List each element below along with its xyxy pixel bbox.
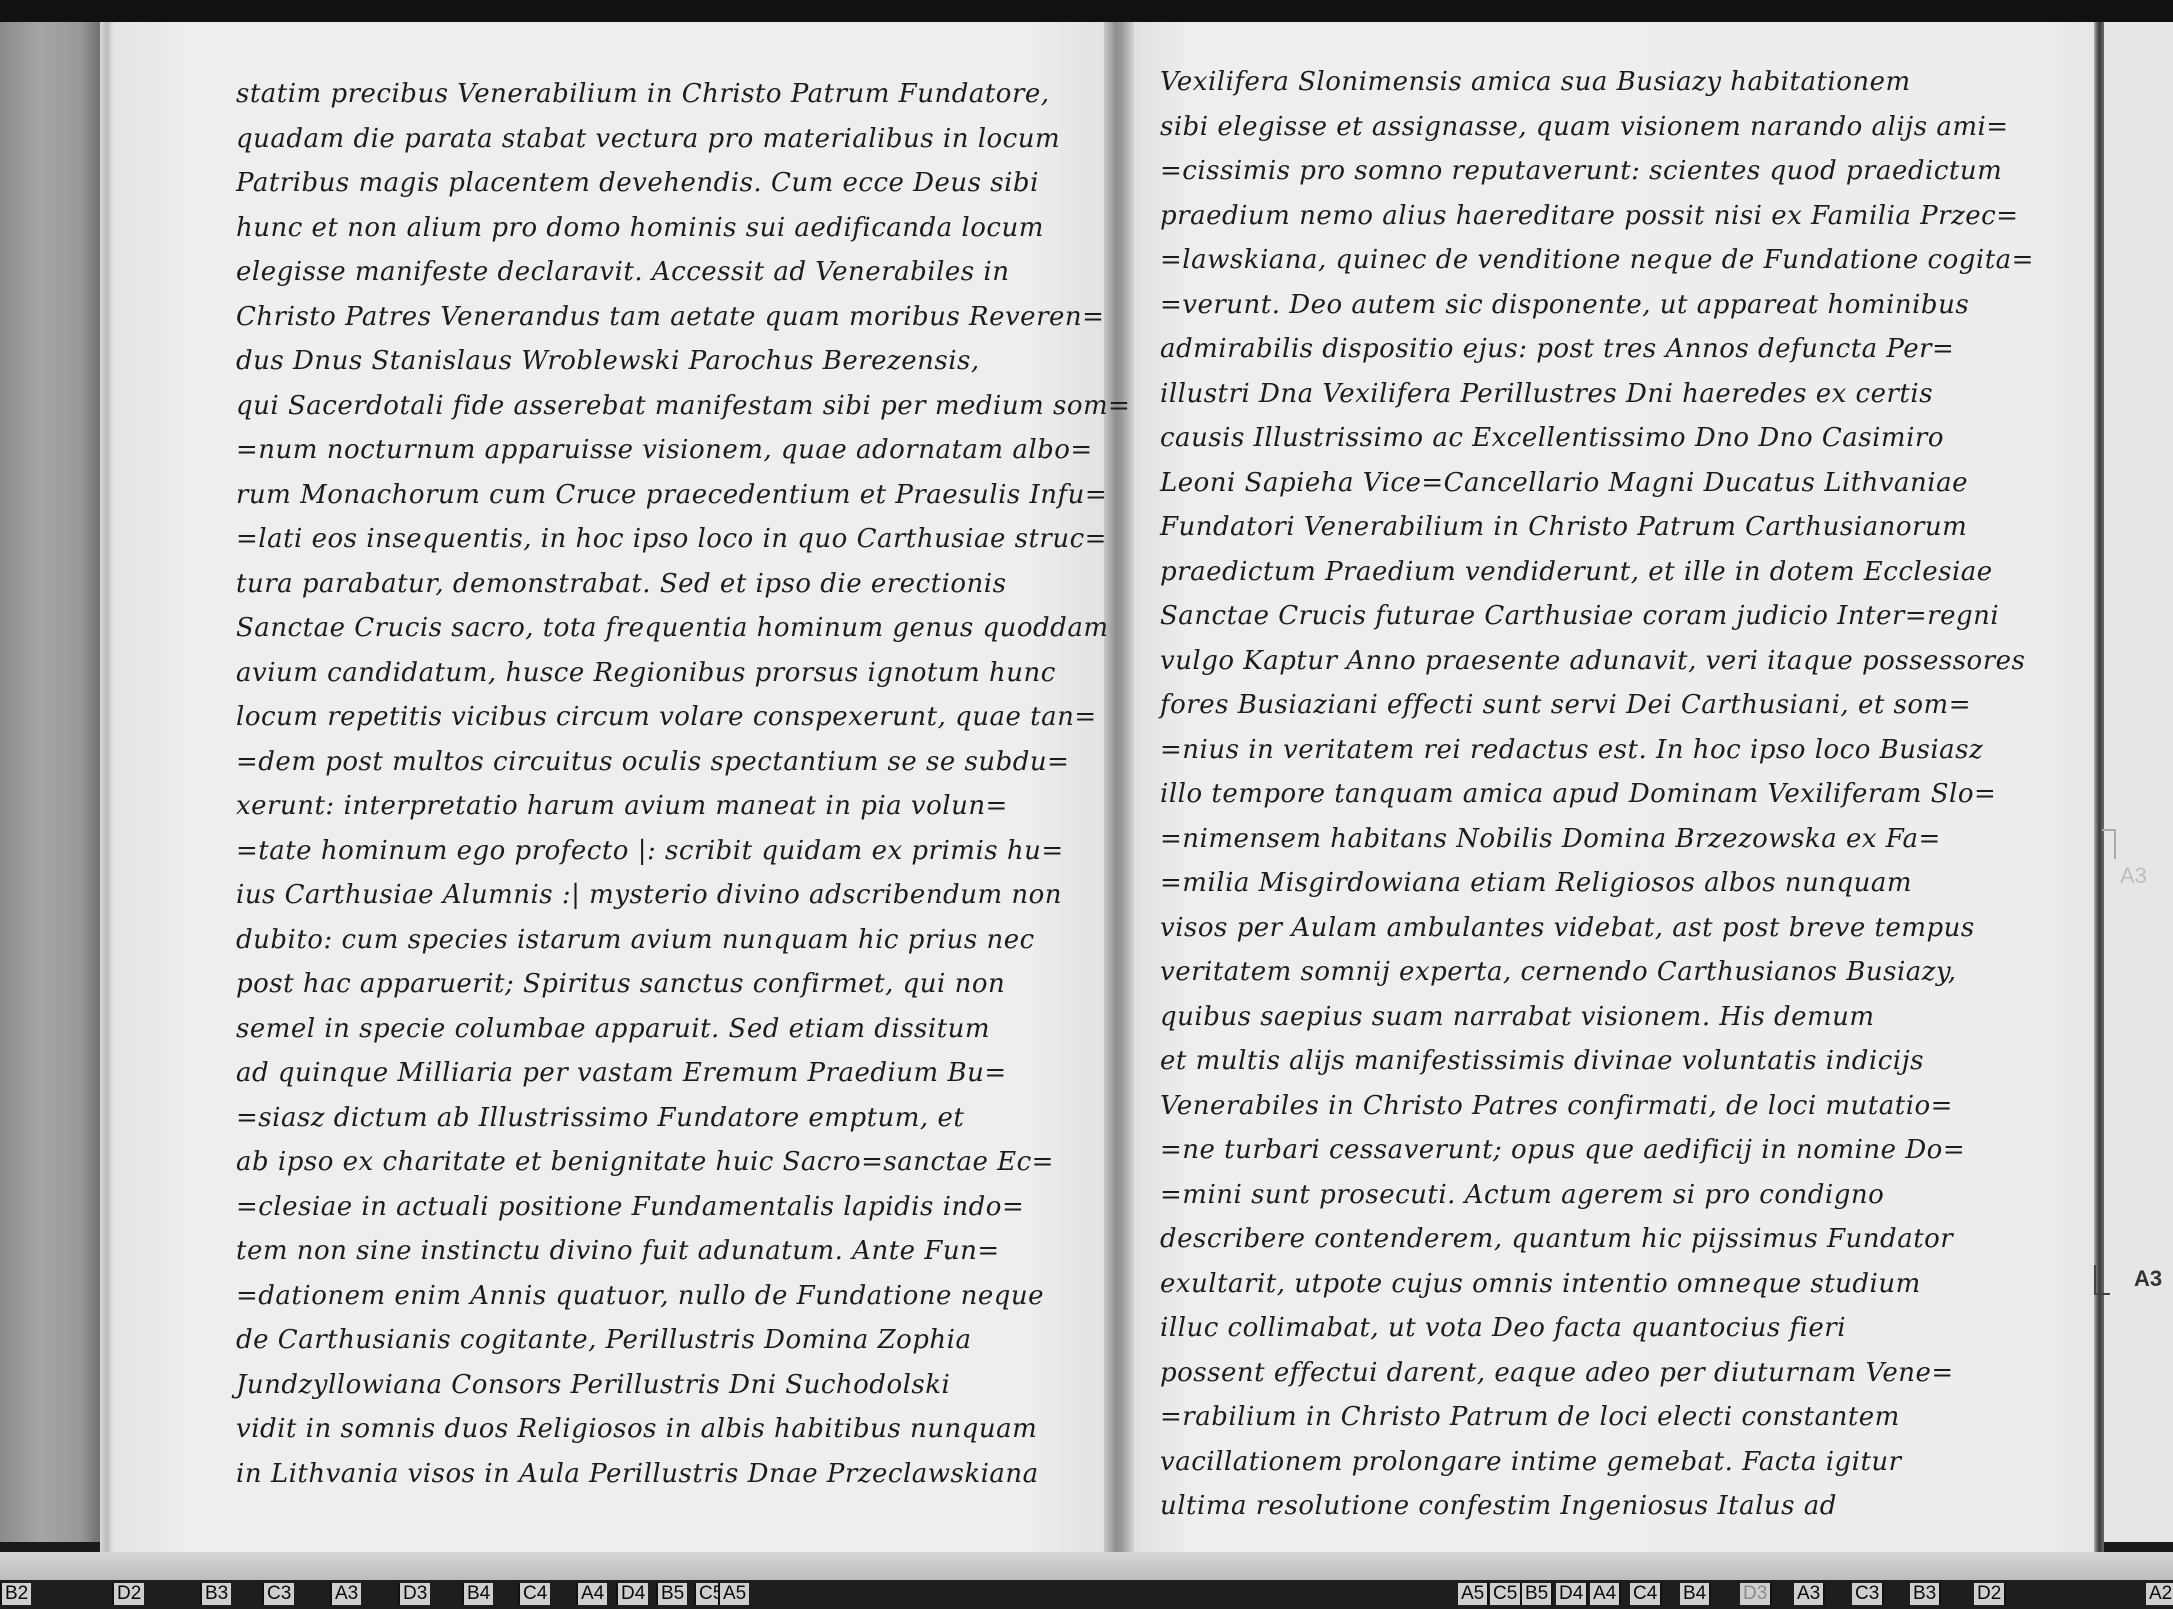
- book-gutter: [1104, 22, 1134, 1552]
- manuscript-line: Fundatori Venerabilium in Christo Patrum…: [1160, 505, 2020, 550]
- manuscript-line: possent effectui darent, eaque adeo per …: [1160, 1351, 2020, 1396]
- manuscript-line: =dationem enim Annis quatuor, nullo de F…: [236, 1274, 1076, 1319]
- manuscript-line: veritatem somnij experta, cernendo Carth…: [1160, 950, 2020, 995]
- manuscript-line: causis Illustrissimo ac Excellentissimo …: [1160, 416, 2020, 461]
- manuscript-line: admirabilis dispositio ejus: post tres A…: [1160, 327, 2020, 372]
- manuscript-line: illo tempore tanquam amica apud Dominam …: [1160, 772, 2020, 817]
- scan-marker-left: D2: [112, 1583, 144, 1605]
- manuscript-line: tem non sine instinctu divino fuit aduna…: [236, 1229, 1076, 1274]
- manuscript-line: Leoni Sapieha Vice=Cancellario Magni Duc…: [1160, 461, 2020, 506]
- manuscript-line: statim precibus Venerabilium in Christo …: [236, 72, 1076, 117]
- scan-marker-left: B4: [462, 1583, 493, 1605]
- manuscript-line: Vexilifera Slonimensis amica sua Busiazy…: [1160, 60, 2020, 105]
- manuscript-line: ius Carthusiae Alumnis :| mysterio divin…: [236, 873, 1076, 918]
- manuscript-line: Christo Patres Venerandus tam aetate qua…: [236, 295, 1076, 340]
- manuscript-line: praedictum Praedium vendiderunt, et ille…: [1160, 550, 2020, 595]
- scan-marker-right: B5: [1522, 1583, 1553, 1605]
- right-page-text: Vexilifera Slonimensis amica sua Busiazy…: [1160, 60, 2020, 1529]
- manuscript-line: quadam die parata stabat vectura pro mat…: [236, 117, 1076, 162]
- side-label-a3-upper: A3: [2120, 863, 2147, 889]
- scan-marker-right: D4: [1556, 1583, 1588, 1605]
- manuscript-line: =nius in veritatem rei redactus est. In …: [1160, 728, 2020, 773]
- manuscript-line: =rabilium in Christo Patrum de loci elec…: [1160, 1395, 2020, 1440]
- manuscript-line: vulgo Kaptur Anno praesente adunavit, ve…: [1160, 639, 2020, 684]
- book-cover-left: [0, 22, 100, 1542]
- scan-marker-right: A2: [2146, 1583, 2173, 1605]
- scan-marker-left: B5: [656, 1583, 687, 1605]
- manuscript-line: Venerabiles in Christo Patres confirmati…: [1160, 1084, 2020, 1129]
- manuscript-line: rum Monachorum cum Cruce praecedentium e…: [236, 473, 1076, 518]
- manuscript-line: =cissimis pro somno reputaverunt: scient…: [1160, 149, 2020, 194]
- manuscript-line: Patribus magis placentem devehendis. Cum…: [236, 161, 1076, 206]
- scan-marker-left: A4: [576, 1583, 607, 1605]
- manuscript-line: =lati eos insequentis, in hoc ipso loco …: [236, 517, 1076, 562]
- manuscript-line: =mini sunt prosecuti. Actum agerem si pr…: [1160, 1173, 2020, 1218]
- manuscript-line: =lawskiana, quinec de venditione neque d…: [1160, 238, 2020, 283]
- manuscript-line: exultarit, utpote cujus omnis intentio o…: [1160, 1262, 2020, 1307]
- manuscript-line: =num nocturnum apparuisse visionem, quae…: [236, 428, 1076, 473]
- manuscript-line: visos per Aulam ambulantes videbat, ast …: [1160, 906, 2020, 951]
- scan-marker-left: A5: [718, 1583, 749, 1605]
- manuscript-line: fores Busiaziani effecti sunt servi Dei …: [1160, 683, 2020, 728]
- scan-marker-right: D3: [1740, 1583, 1772, 1605]
- manuscript-line: tura parabatur, demonstrabat. Sed et ips…: [236, 562, 1076, 607]
- manuscript-line: semel in specie columbae apparuit. Sed e…: [236, 1007, 1076, 1052]
- scan-marker-left: C3: [262, 1583, 294, 1605]
- page-edge-right: [2094, 22, 2104, 1562]
- manuscript-line: =nimensem habitans Nobilis Domina Brzezo…: [1160, 817, 2020, 862]
- scan-marker-right: B4: [1680, 1583, 1711, 1605]
- manuscript-line: avium candidatum, husce Regionibus prors…: [236, 651, 1076, 696]
- scan-marker-left: C4: [518, 1583, 550, 1605]
- scan-marker-right: B3: [1910, 1583, 1941, 1605]
- manuscript-line: =ne turbari cessaverunt; opus que aedifi…: [1160, 1128, 2020, 1173]
- manuscript-line: =clesiae in actuali positione Fundamenta…: [236, 1185, 1076, 1230]
- manuscript-line: post hac apparuerit; Spiritus sanctus co…: [236, 962, 1076, 1007]
- manuscript-line: ab ipso ex charitate et benignitate huic…: [236, 1140, 1076, 1185]
- manuscript-line: =siasz dictum ab Illustrissimo Fundatore…: [236, 1096, 1076, 1141]
- manuscript-line: dus Dnus Stanislaus Wroblewski Parochus …: [236, 339, 1076, 384]
- manuscript-line: illuc collimabat, ut vota Deo facta quan…: [1160, 1306, 2020, 1351]
- manuscript-line: =dem post multos circuitus oculis specta…: [236, 740, 1076, 785]
- manuscript-line: Sanctae Crucis futurae Carthusiae coram …: [1160, 594, 2020, 639]
- scan-marker-left: B3: [200, 1583, 231, 1605]
- scan-marker-left: B2: [0, 1583, 31, 1605]
- manuscript-line: praedium nemo alius haereditare possit n…: [1160, 194, 2020, 239]
- manuscript-line: in Lithvania visos in Aula Perillustris …: [236, 1452, 1076, 1497]
- scan-marker-right: C5: [1490, 1583, 1522, 1605]
- scan-marker-right: C3: [1852, 1583, 1884, 1605]
- page-stack-edge-left: [100, 22, 114, 1552]
- target-bracket-bottom: [2094, 1265, 2110, 1295]
- manuscript-line: illustri Dna Vexilifera Perillustres Dni…: [1160, 372, 2020, 417]
- manuscript-line: =verunt. Deo autem sic disponente, ut ap…: [1160, 283, 2020, 328]
- scan-marker-left: D4: [616, 1583, 648, 1605]
- manuscript-line: elegisse manifeste declaravit. Accessit …: [236, 250, 1076, 295]
- scan-marker-right: A3: [1794, 1583, 1825, 1605]
- scan-target-ruler: [0, 1580, 2173, 1609]
- manuscript-line: ad quinque Milliaria per vastam Eremum P…: [236, 1051, 1076, 1096]
- scan-marker-right: D2: [1974, 1583, 2006, 1605]
- manuscript-line: describere contenderem, quantum hic pijs…: [1160, 1217, 2020, 1262]
- manuscript-line: ultima resolutione confestim Ingeniosus …: [1160, 1484, 2020, 1529]
- manuscript-line: =milia Misgirdowiana etiam Religiosos al…: [1160, 861, 2020, 906]
- manuscript-line: Sanctae Crucis sacro, tota frequentia ho…: [236, 606, 1076, 651]
- scan-top-border: [0, 0, 2173, 22]
- manuscript-line: et multis alijs manifestissimis divinae …: [1160, 1039, 2020, 1084]
- manuscript-line: quibus saepius suam narrabat visionem. H…: [1160, 995, 2020, 1040]
- manuscript-line: sibi elegisse et assignasse, quam vision…: [1160, 105, 2020, 150]
- manuscript-line: locum repetitis vicibus circum volare co…: [236, 695, 1076, 740]
- manuscript-line: vacillationem prolongare intime gemebat.…: [1160, 1440, 2020, 1485]
- manuscript-line: hunc et non alium pro domo hominis sui a…: [236, 206, 1076, 251]
- manuscript-line: dubito: cum species istarum avium nunqua…: [236, 918, 1076, 963]
- left-page-text: statim precibus Venerabilium in Christo …: [236, 72, 1076, 1496]
- manuscript-line: de Carthusianis cogitante, Perillustris …: [236, 1318, 1076, 1363]
- scan-marker-right: C4: [1630, 1583, 1662, 1605]
- scan-marker-left: A3: [330, 1583, 361, 1605]
- side-label-a3-lower: A3: [2134, 1266, 2162, 1292]
- manuscript-line: qui Sacerdotali fide asserebat manifesta…: [236, 384, 1076, 429]
- manuscript-line: xerunt: interpretatio harum avium maneat…: [236, 784, 1076, 829]
- next-page-sliver: [2104, 22, 2173, 1542]
- manuscript-line: vidit in somnis duos Religiosos in albis…: [236, 1407, 1076, 1452]
- scan-marker-right: A5: [1458, 1583, 1489, 1605]
- manuscript-line: =tate hominum ego profecto |: scribit qu…: [236, 829, 1076, 874]
- target-bracket-top: [2102, 829, 2116, 859]
- scan-marker-left: D3: [398, 1583, 430, 1605]
- scan-marker-right: A4: [1590, 1583, 1621, 1605]
- scan-target-band: [0, 1552, 2173, 1580]
- manuscript-line: Jundzyllowiana Consors Perillustris Dni …: [236, 1363, 1076, 1408]
